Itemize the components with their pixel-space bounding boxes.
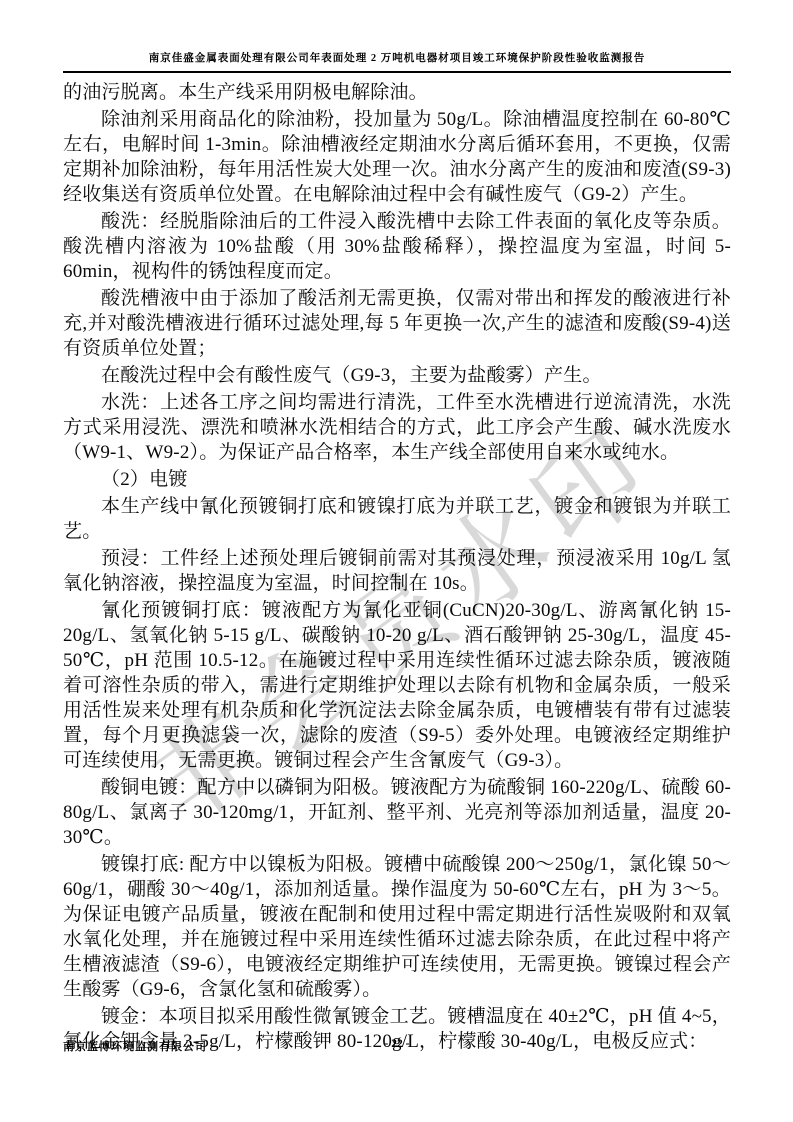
document-page: 非会员水印 南京佳盛金属表面处理有限公司年表面处理 2 万吨机电器材项目竣工环境…	[0, 0, 793, 1122]
paragraph: 在酸洗过程中会有酸性废气（G9-3，主要为盐酸雾）产生。	[63, 363, 731, 388]
paragraph: 酸洗：经脱脂除油后的工件浸入酸洗槽中去除工件表面的氧化皮等杂质。酸洗槽内溶液为 …	[63, 209, 731, 284]
paragraph: 本生产线中氰化预镀铜打底和镀镍打底为并联工艺，镀金和镀银为并联工艺。	[63, 494, 731, 544]
paragraph: 的油污脱离。本生产线采用阴极电解除油。	[63, 80, 731, 105]
paragraph: （2）电镀	[63, 467, 731, 492]
paragraph: 预浸：工件经上述预处理后镀铜前需对其预浸处理，预浸液采用 10g/L 氢氧化钠溶…	[63, 546, 731, 596]
page-header: 南京佳盛金属表面处理有限公司年表面处理 2 万吨机电器材项目竣工环境保护阶段性验…	[63, 50, 731, 73]
document-body: 的油污脱离。本生产线采用阴极电解除油。除油剂采用商品化的除油粉，投加量为 50g…	[63, 80, 731, 1056]
page-number: - 22 -	[63, 1038, 731, 1050]
paragraph: 水洗：上述各工序之间均需进行清洗，工件至水洗槽进行逆流清洗，水洗方式采用浸洗、漂…	[63, 390, 731, 465]
paragraph: 酸洗槽液中由于添加了酸活剂无需更换，仅需对带出和挥发的酸液进行补充,并对酸洗槽液…	[63, 286, 731, 361]
page-footer: 南京蓝博环境监测有限公司 - 22 -	[63, 1038, 731, 1054]
paragraph: 氰化预镀铜打底：镀液配方为氰化亚铜(CuCN)20-30g/L、游离氰化钠 15…	[63, 598, 731, 773]
paragraph: 镀镍打底: 配方中以镍板为阳极。镀槽中硫酸镍 200～250g/1，氯化镍 50…	[63, 852, 731, 1002]
paragraph: 除油剂采用商品化的除油粉，投加量为 50g/L。除油槽温度控制在 60-80℃左…	[63, 107, 731, 207]
header-title: 南京佳盛金属表面处理有限公司年表面处理 2 万吨机电器材项目竣工环境保护阶段性验…	[63, 50, 731, 73]
paragraph: 酸铜电镀：配方中以磷铜为阳极。镀液配方为硫酸铜 160-220g/L、硫酸 60…	[63, 775, 731, 850]
